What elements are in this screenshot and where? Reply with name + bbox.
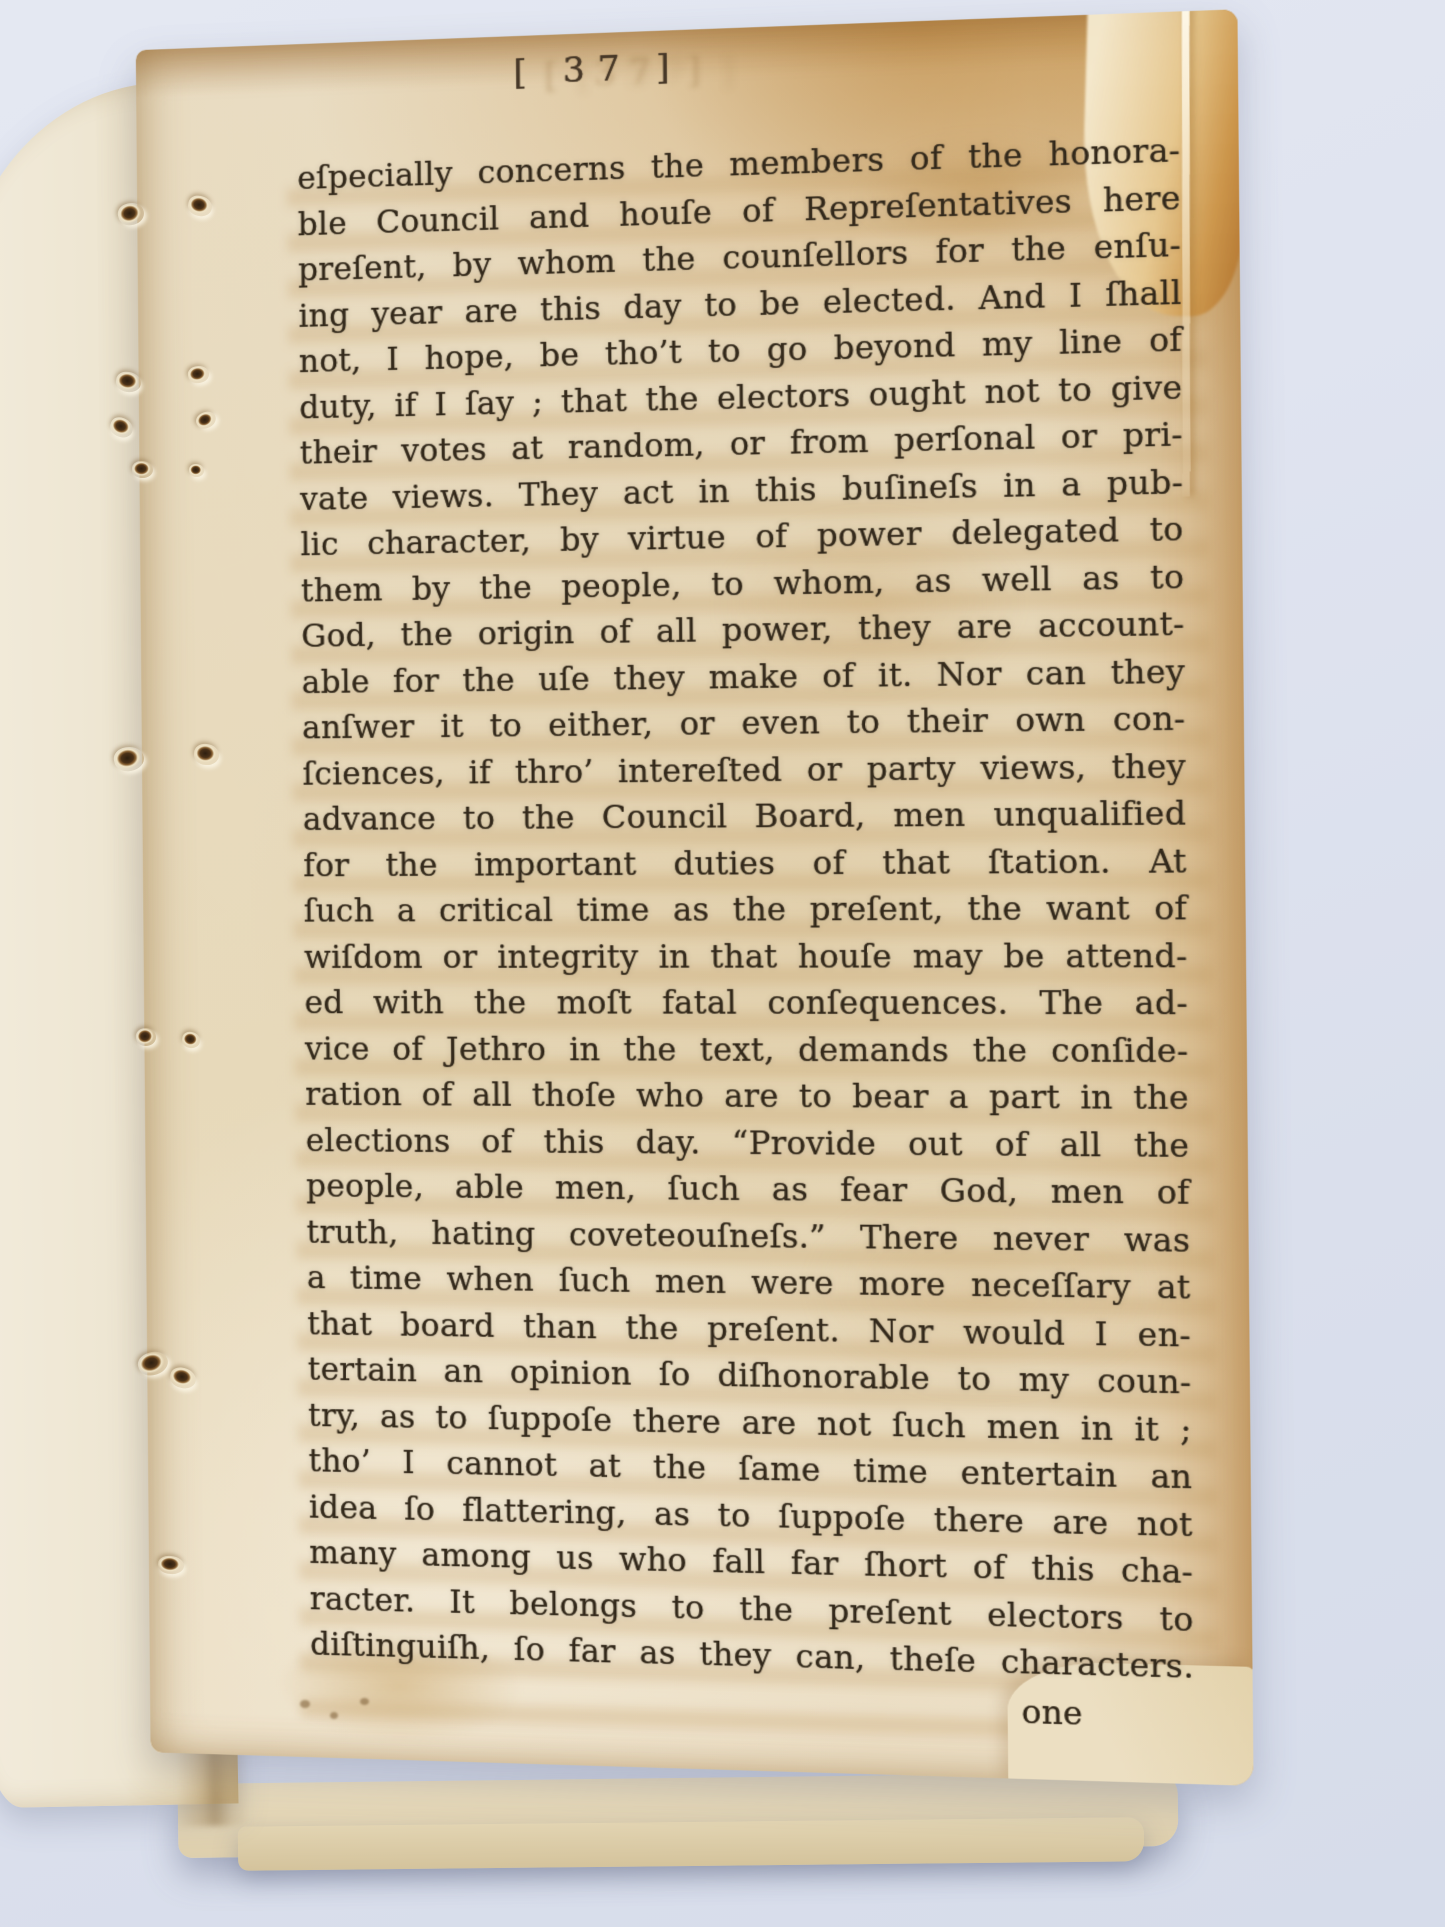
- right-edge-fold: [1182, 9, 1190, 496]
- paper-speck: [300, 1700, 310, 1708]
- book-page: [ 37 ] eſpecially concerns the members o…: [136, 9, 1254, 1786]
- page-line: anſwer it to either, or even to their ow…: [302, 697, 1186, 753]
- binding-hole: [132, 461, 153, 478]
- page-line: ed with the moſt fatal conſequences. The…: [304, 981, 1188, 1028]
- paper-speck: [360, 1698, 369, 1705]
- page-line: wiſdom or integrity in that houſe may be…: [304, 933, 1188, 981]
- sermon-text-block: eſpecially concerns the members of the h…: [297, 128, 1195, 1741]
- page-line: people, able men, ſuch as fear God, men …: [306, 1164, 1190, 1218]
- page-line: ſciences, if thro’ intereſted or party v…: [302, 744, 1186, 798]
- binding-hole: [189, 464, 204, 477]
- page-line: elections of this day. “Provide out of a…: [306, 1118, 1190, 1170]
- page-line: ſuch a critical time as the preſent, the…: [304, 886, 1188, 935]
- photo-of-book-page: [ 37 ] eſpecially concerns the members o…: [0, 0, 1445, 1927]
- page-line: for the important duties of that ſtation…: [303, 839, 1187, 890]
- page-line: ration of all thoſe who are to bear a pa…: [305, 1073, 1189, 1123]
- paper-speck: [330, 1712, 338, 1719]
- page-line: advance to the Council Board, men unqual…: [303, 791, 1187, 843]
- page-number: [ 37 ]: [500, 46, 697, 94]
- page-line: vice of Jethro in the text, demands the …: [305, 1027, 1189, 1076]
- underlying-page-edge: [238, 1817, 1144, 1870]
